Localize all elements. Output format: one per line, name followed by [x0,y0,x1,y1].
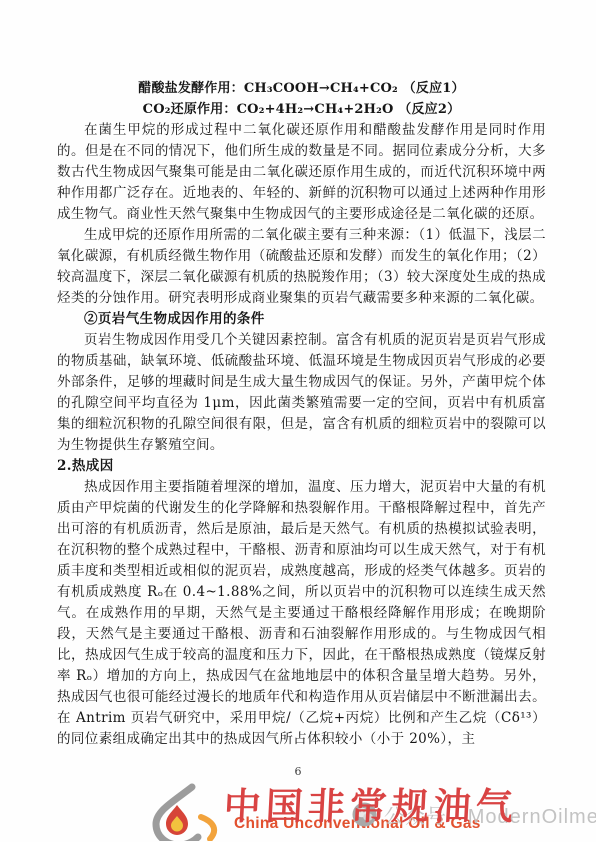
paragraph-biogenic-overview: 在菌生甲烷的形成过程中二氧化碳还原作用和醋酸盐发酵作用是同时作用的。但是在不同的… [57,120,546,225]
paragraph-biogenic-conditions: 页岩生物成因作用受几个关键因素控制。富含有机质的泥页岩是页岩气形成的物质基础，缺… [57,330,546,456]
paragraph-thermal-genesis: 热成因作用主要指随着埋深的增加，温度、压力增大，泥页岩中大量的有机质由产甲烷菌的… [57,477,546,750]
brand-name-cn: 中国非常规油气 [223,776,520,830]
reaction-formula-1: 醋酸盐发酵作用：CH₃COOH→CH₄+CO₂ （反应1） [57,78,546,99]
brand-logo-icon [146,783,230,842]
watermark-footer: 中国非常规油气 China Unconventional Oil & Gas 公… [0,775,596,842]
document-page: 醋酸盐发酵作用：CH₃COOH→CH₄+CO₂ （反应1） CO₂还原作用：CO… [0,0,596,842]
heading-thermal-genesis: 2.热成因 [57,456,546,477]
page-body-text: 醋酸盐发酵作用：CH₃COOH→CH₄+CO₂ （反应1） CO₂还原作用：CO… [57,78,546,750]
paragraph-co2-sources: 生成甲烷的还原作用所需的二氧化碳主要有三种来源：（1）低温下，浅层二氧化碳源，有… [57,225,546,309]
heading-biogenic-conditions: ②页岩气生物成因作用的条件 [57,309,546,330]
reaction-formula-2: CO₂还原作用：CO₂+4H₂→CH₄+2H₂O （反应2） [57,99,546,120]
